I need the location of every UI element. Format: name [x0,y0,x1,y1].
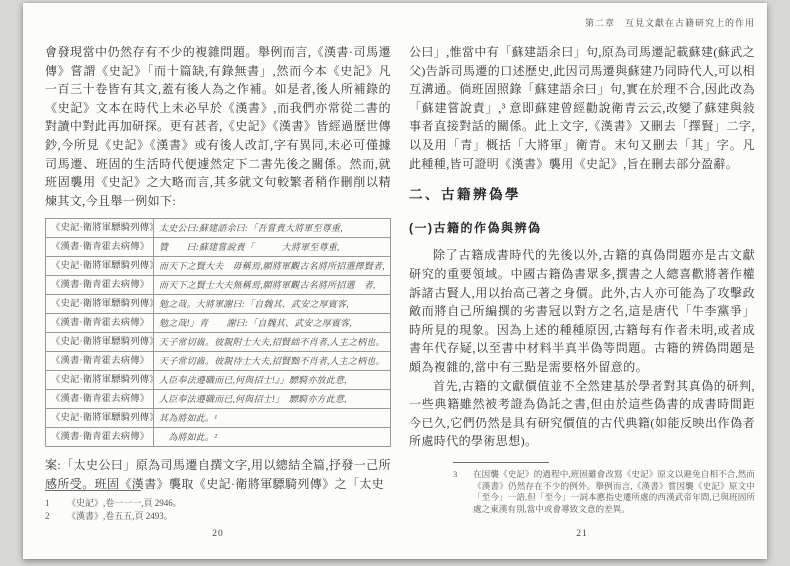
table-row: 《史記·衛將軍驃騎列傳》 太史公曰:蘇建語余曰:「吾嘗責大將軍至尊重, [46,219,391,238]
quote-cell: 而天下之賢大夫 毋稱焉,願將軍觀古名將所招選擇賢者, [154,257,391,276]
source-cell: 《漢書·衛青霍去病傳》 [46,428,154,447]
table-row: 《漢書·衛青霍去病傳》 而天下之賢士大夫無稱焉,願將軍觀古名將所招選 者, [46,276,391,295]
quote-cell: 人臣奉法遵職而已,何與招士!』」驃騎亦放此意, [154,371,391,390]
subsection-heading: (一)古籍的作偽與辨偽 [409,219,755,238]
source-cell: 《史記·衛將軍驃騎列傳》 [46,371,154,390]
table-row: 《漢書·衛青霍去病傳》 勉之哉!」青 謝曰:「自魏其、武安之厚賓客, [46,314,391,333]
source-cell: 《史記·衛將軍驃騎列傳》 [46,295,154,314]
page-right-text-column: 公曰」,惟當中有「蘇建語余曰」句,原為司馬遷記載蘇建(蘇武之父)告訴司馬遷的口述… [409,43,755,451]
footnote-marker: 2 [45,510,67,523]
footnote-marker: 3 [453,469,473,515]
quote-cell: 贊 曰:蘇建嘗說責「 大將軍至尊重, [154,238,391,257]
footnote-marker: 1 [45,497,67,510]
footnote-3: 3 在因襲《史記》的過程中,班固雖會改寫《史記》原文以避免自相不合,然而《漢書》… [453,469,755,515]
right-paragraph-2: 除了古籍成書時代的先後以外,古籍的真偽問題亦是古文獻研究的重要領域。中國古籍偽書… [409,246,755,376]
quote-cell: 太史公曰:蘇建語余曰:「吾嘗責大將軍至尊重, [154,219,391,238]
table-row: 《漢書·衛青霍去病傳》 天子常切齒。彼親待士大夫,招賢黜不肖者,人主之柄也。 [46,352,391,371]
quote-cell: 天子常切齒。彼親待士大夫,招賢黜不肖者,人主之柄也。 [154,352,391,371]
quote-cell: 而天下之賢士大夫無稱焉,願將軍觀古名將所招選 者, [154,276,391,295]
page-number-right: 21 [409,529,755,539]
source-cell: 《史記·衛將軍驃騎列傳》 [46,333,154,352]
footnote-text: 《史記》,卷一一一,頁 2946。 [67,497,391,510]
quote-cell: 天子常切齒。彼親附士大夫,招賢絀不肖者,人主之柄也。 [154,333,391,352]
table-row: 《漢書·衛青霍去病傳》 贊 曰:蘇建嘗說責「 大將軍至尊重, [46,238,391,257]
source-cell: 《史記·衛將軍驃騎列傳》 [46,409,154,428]
table-row: 《漢書·衛青霍去病傳》 為將如此。² [46,428,391,447]
book-spread: 第二章 互見文獻在古籍研究上的作用 會發現當中仍然存有不少的複雜問題。舉例而言,… [23,3,767,559]
quote-cell: 勉之哉!」青 謝曰:「自魏其、武安之厚賓客, [154,314,391,333]
quote-cell: 勉之哉。大將軍謝曰:「自魏其、武安之厚賓客, [154,295,391,314]
footnote-2: 2 《漢書》,卷五五,頁 2493。 [45,510,391,523]
table-row: 《史記·衛將軍驃騎列傳》 而天下之賢大夫 毋稱焉,願將軍觀古名將所招選擇賢者, [46,257,391,276]
running-header: 第二章 互見文獻在古籍研究上的作用 [409,16,755,29]
source-cell: 《漢書·衛青霍去病傳》 [46,390,154,409]
source-cell: 《漢書·衛青霍去病傳》 [46,314,154,333]
right-paragraph-3: 首先,古籍的文獻價值並不全然建基於學者對其真偽的研判,一些典籍雖然被考證為偽託之… [409,377,755,451]
quote-cell: 為將如此。² [154,428,391,447]
quote-cell: 人臣奉法遵職而已,何與招士!」 驃騎亦方此意, [154,390,391,409]
section-heading: 二、古籍辨偽學 [409,186,755,205]
table-row: 《史記·衛將軍驃騎列傳》 其為將如此。¹ [46,409,391,428]
footnote-text: 《漢書》,卷五五,頁 2493。 [67,510,391,523]
table-row: 《史記·衛將軍驃騎列傳》 天子常切齒。彼親附士大夫,招賢絀不肖者,人主之柄也。 [46,333,391,352]
source-cell: 《史記·衛將軍驃騎列傳》 [46,257,154,276]
source-cell: 《漢書·衛青霍去病傳》 [46,238,154,257]
footnote-text: 在因襲《史記》的過程中,班固雖會改寫《史記》原文以避免自相不合,然而《漢書》仍然… [473,469,755,515]
right-footnotes: 3 在因襲《史記》的過程中,班固雖會改寫《史記》原文以避免自相不合,然而《漢書》… [409,462,755,515]
source-cell: 《史記·衛將軍驃騎列傳》 [46,219,154,238]
table-row: 《史記·衛將軍驃騎列傳》 人臣奉法遵職而已,何與招士!』」驃騎亦放此意, [46,371,391,390]
footnote-divider [453,462,549,463]
left-footnotes: 1 《史記》,卷一一一,頁 2946。 2 《漢書》,卷五五,頁 2493。 [45,490,391,523]
footnote-divider [45,490,141,491]
table-row: 《漢書·衛青霍去病傳》 人臣奉法遵職而已,何與招士!」 驃騎亦方此意, [46,390,391,409]
page-number-left: 20 [45,529,391,539]
left-paragraph-2: 案:「太史公曰」原為司馬遷自撰文字,用以總結全篇,抒發一己所感所受。班固《漢書》… [45,456,391,493]
source-cell: 《漢書·衛青霍去病傳》 [46,276,154,295]
quote-cell: 其為將如此。¹ [154,409,391,428]
table-row: 《史記·衛將軍驃騎列傳》 勉之哉。大將軍謝曰:「自魏其、武安之厚賓客, [46,295,391,314]
left-paragraph-1: 會發現當中仍然存有不少的複雜問題。舉例而言,《漢書·司馬遷傳》嘗謂《史記》「而十… [45,43,391,210]
source-cell: 《漢書·衛青霍去病傳》 [46,352,154,371]
page-left-text-column: 會發現當中仍然存有不少的複雜問題。舉例而言,《漢書·司馬遷傳》嘗謂《史記》「而十… [45,43,391,494]
footnote-1: 1 《史記》,卷一一一,頁 2946。 [45,497,391,510]
shiji-hanshu-comparison-table: 《史記·衛將軍驃騎列傳》 太史公曰:蘇建語余曰:「吾嘗責大將軍至尊重, 《漢書·… [45,218,391,447]
right-paragraph-1: 公曰」,惟當中有「蘇建語余曰」句,原為司馬遷記載蘇建(蘇武之父)告訴司馬遷的口述… [409,43,755,173]
